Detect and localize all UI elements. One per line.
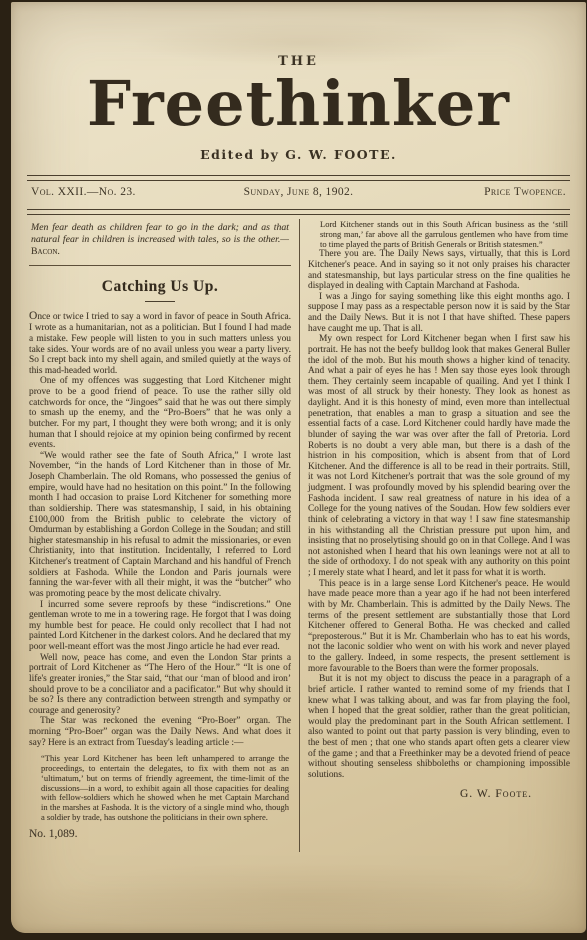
article-paragraph: I incurred some severe reproofs by these… (29, 600, 291, 653)
article-paragraph: Well now, peace has come, and even the L… (29, 653, 291, 717)
epigraph-attribution: Bacon. (31, 246, 60, 257)
bottom-double-rule (27, 209, 570, 215)
article-paragraph: The Star was reckoned the evening “Pro-B… (29, 716, 291, 748)
editor-line: Edited by G. W. FOOTE. (11, 147, 586, 162)
epigraph-rule (29, 265, 291, 266)
epigraph-text: Men fear death as children fear to go in… (31, 222, 289, 245)
issue-serial-number: No. 1,089. (29, 828, 291, 841)
article-paragraph: “We would rather see the fate of South A… (29, 451, 291, 600)
right-column: Lord Kitchener stands out in this South … (300, 219, 570, 852)
issue-line: Vol. XXII.—No. 23. Sunday, June 8, 1902.… (29, 181, 568, 204)
quoted-extract-continued: Lord Kitchener stands out in this South … (320, 220, 568, 249)
article-paragraph: This peace is in a large sense Lord Kitc… (308, 579, 570, 675)
publication-title: Freethinker (11, 73, 586, 135)
article-paragraph: There you are. The Daily News says, virt… (308, 249, 570, 292)
issue-price: Price Twopence. (484, 186, 566, 198)
article-paragraph: My own respect for Lord Kitchener began … (308, 334, 570, 578)
article-title: Catching Us Up. (29, 278, 291, 296)
scanned-newspaper-page: THE Freethinker Edited by G. W. FOOTE. V… (0, 0, 587, 940)
article-columns: Men fear death as children fear to go in… (29, 219, 570, 852)
article-paragraph: Once or twice I tried to say a word in f… (29, 310, 291, 376)
article-paragraph: I was a Jingo for saying something like … (308, 292, 570, 335)
masthead: THE Freethinker Edited by G. W. FOOTE. (11, 2, 586, 162)
volume-number: Vol. XXII.—No. 23. (31, 186, 136, 198)
article-title-rule (145, 301, 175, 302)
article-paragraph: One of my offences was suggesting that L… (29, 376, 291, 450)
left-column: Men fear death as children fear to go in… (29, 219, 300, 852)
epigraph: Men fear death as children fear to go in… (31, 222, 289, 258)
author-signature: G. W. Foote. (308, 788, 570, 801)
paper-stain (41, 862, 561, 932)
paper-sheet: THE Freethinker Edited by G. W. FOOTE. V… (11, 2, 586, 933)
quoted-extract: “This year Lord Kitchener has been left … (41, 754, 289, 822)
article-paragraph: But it is not my object to discuss the p… (308, 674, 570, 780)
